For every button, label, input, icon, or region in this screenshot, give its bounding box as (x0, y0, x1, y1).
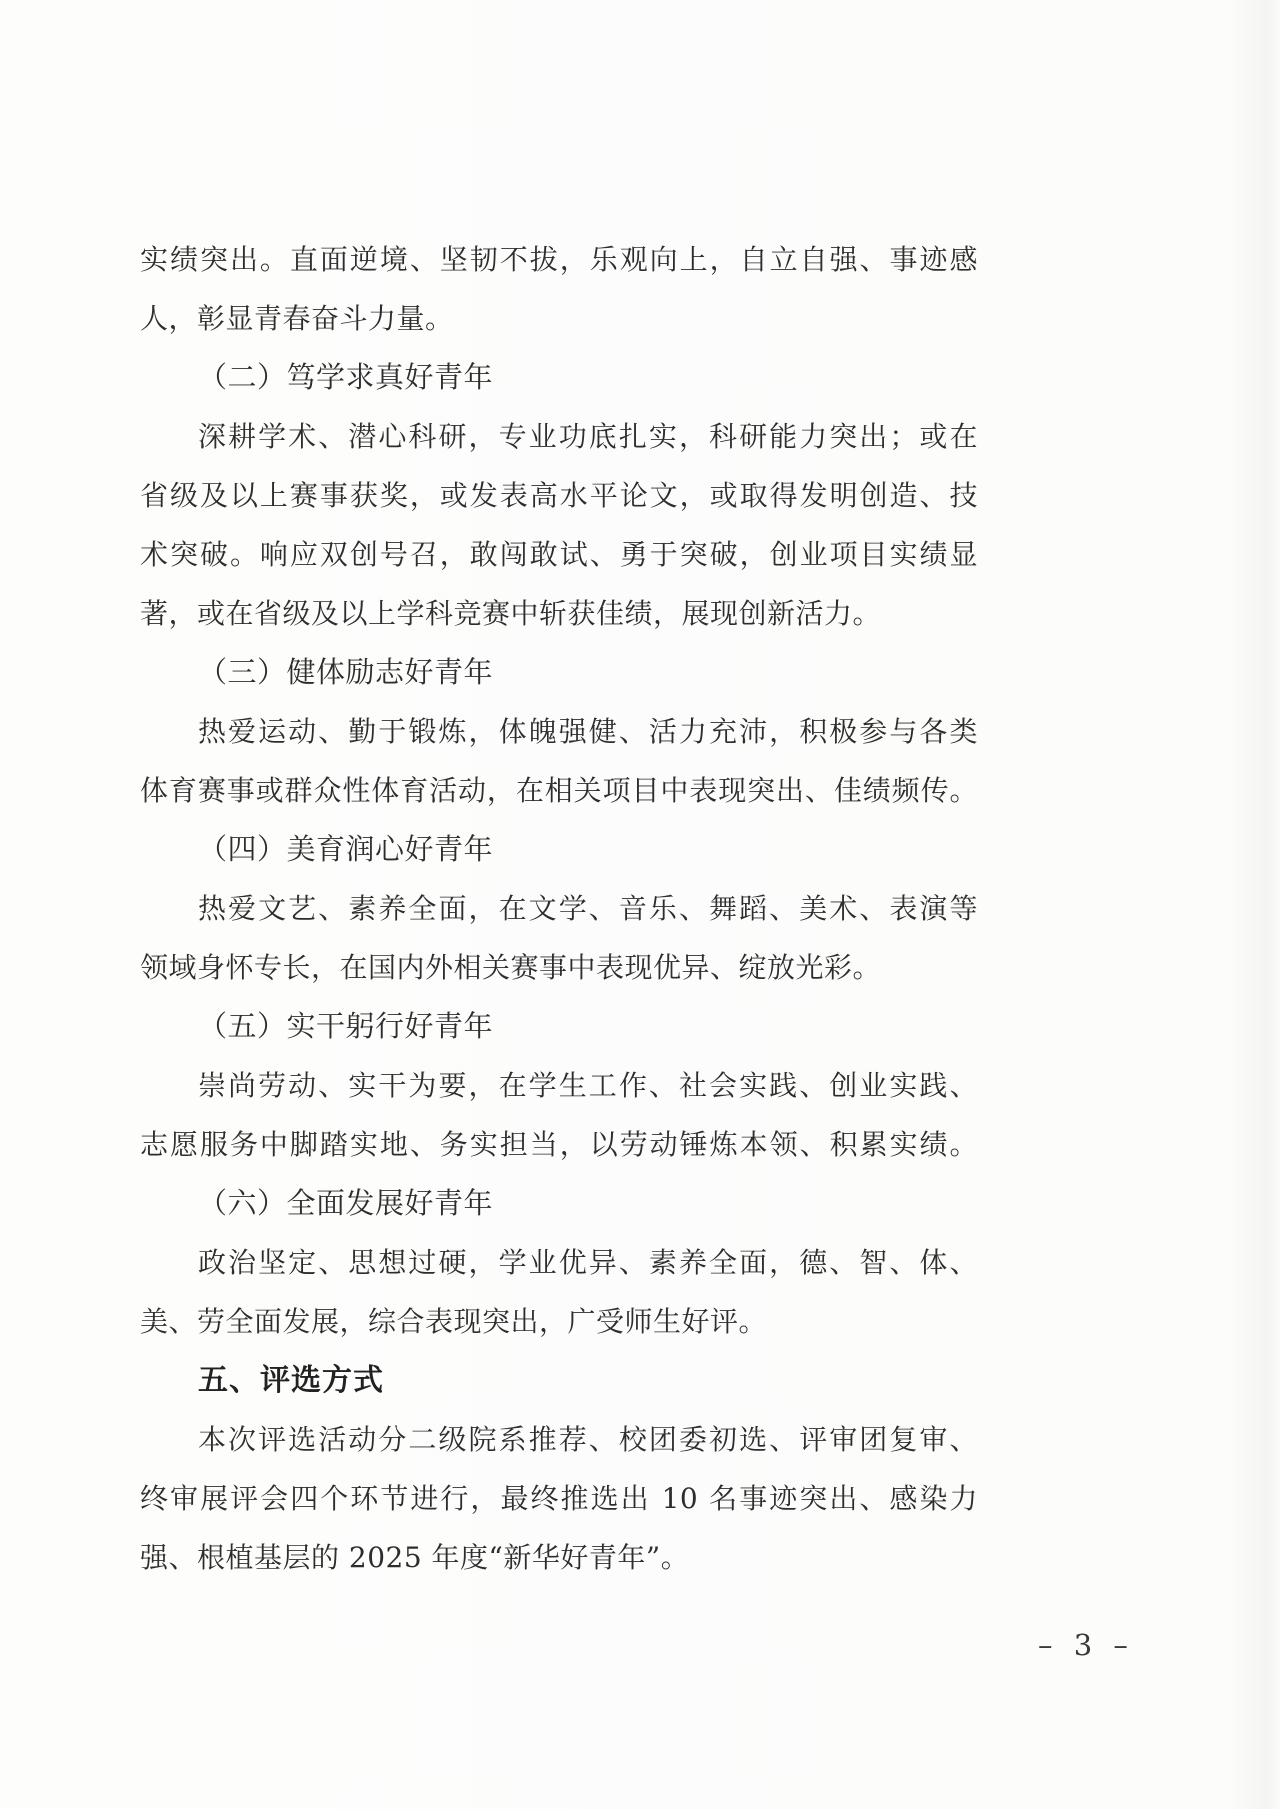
heading-section-6: （六）全面发展好青年 (140, 1174, 978, 1233)
document-page: 实绩突出。直面逆境、坚韧不拔，乐观向上，自立自强、事迹感 人，彰显青春奋斗力量。… (0, 0, 1280, 1809)
heading-section-3: （三）健体励志好青年 (140, 643, 978, 702)
body-line: 体育赛事或群众性体育活动，在相关项目中表现突出、佳绩频传。 (140, 761, 978, 820)
body-line: 美、劳全面发展，综合表现突出，广受师生好评。 (140, 1292, 978, 1351)
body-line: 强、根植基层的 2025 年度“新华好青年”。 (140, 1528, 978, 1587)
body-line: 著，或在省级及以上学科竞赛中斩获佳绩，展现创新活力。 (140, 584, 978, 643)
heading-section-2: （二）笃学求真好青年 (140, 348, 978, 407)
body-line: 深耕学术、潜心科研，专业功底扎实，科研能力突出；或在 (140, 407, 978, 466)
heading-section-5: （五）实干躬行好青年 (140, 997, 978, 1056)
body-line: 崇尚劳动、实干为要，在学生工作、社会实践、创业实践、 (140, 1056, 978, 1115)
body-line: 实绩突出。直面逆境、坚韧不拔，乐观向上，自立自强、事迹感 (140, 230, 978, 289)
body-line: 术突破。响应双创号召，敢闯敢试、勇于突破，创业项目实绩显 (140, 525, 978, 584)
body-line: 热爱文艺、素养全面，在文学、音乐、舞蹈、美术、表演等 (140, 879, 978, 938)
body-line: 省级及以上赛事获奖，或发表高水平论文，或取得发明创造、技 (140, 466, 978, 525)
body-line: 人，彰显青春奋斗力量。 (140, 289, 978, 348)
heading-evaluation-method: 五、评选方式 (140, 1351, 978, 1410)
body-line: 政治坚定、思想过硬，学业优异、素养全面，德、智、体、 (140, 1233, 978, 1292)
page-number: – 3 – (1038, 1628, 1134, 1662)
document-body: 实绩突出。直面逆境、坚韧不拔，乐观向上，自立自强、事迹感 人，彰显青春奋斗力量。… (140, 230, 978, 1587)
body-line: 本次评选活动分二级院系推荐、校团委初选、评审团复审、 (140, 1410, 978, 1469)
body-line: 终审展评会四个环节进行，最终推选出 10 名事迹突出、感染力 (140, 1469, 978, 1528)
heading-section-4: （四）美育润心好青年 (140, 820, 978, 879)
body-line: 志愿服务中脚踏实地、务实担当，以劳动锤炼本领、积累实绩。 (140, 1115, 978, 1174)
body-line: 领域身怀专长，在国内外相关赛事中表现优异、绽放光彩。 (140, 938, 978, 997)
body-line: 热爱运动、勤于锻炼，体魄强健、活力充沛，积极参与各类 (140, 702, 978, 761)
